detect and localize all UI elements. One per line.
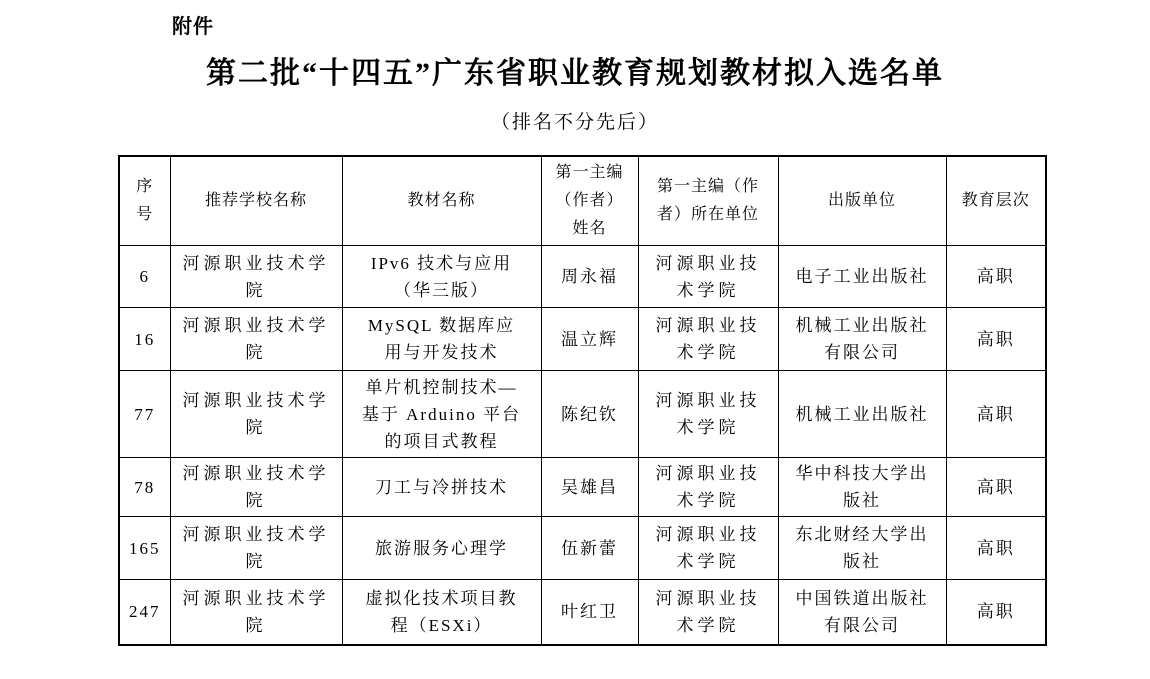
cell-first-editor-org: 河源职业技 术学院 xyxy=(638,517,778,580)
cell-book-title: MySQL 数据库应 用与开发技术 xyxy=(342,308,541,371)
cell-seq: 77 xyxy=(119,371,170,458)
header-seq: 序 号 xyxy=(119,156,170,246)
table-header-row: 序 号 推荐学校名称 教材名称 第一主编 （作者） 姓名 第一主编（作 者）所在… xyxy=(119,156,1046,246)
cell-publisher: 机械工业出版社 有限公司 xyxy=(778,308,946,371)
cell-education-level: 高职 xyxy=(946,580,1046,645)
table-row: 16 河源职业技术学 院 MySQL 数据库应 用与开发技术 温立辉 河源职业技… xyxy=(119,308,1046,371)
cell-school: 河源职业技术学 院 xyxy=(170,580,342,645)
cell-education-level: 高职 xyxy=(946,517,1046,580)
cell-first-editor-name: 伍新蕾 xyxy=(541,517,638,580)
table-row: 165 河源职业技术学 院 旅游服务心理学 伍新蕾 河源职业技 术学院 东北财经… xyxy=(119,517,1046,580)
cell-seq: 165 xyxy=(119,517,170,580)
cell-school: 河源职业技术学 院 xyxy=(170,308,342,371)
cell-education-level: 高职 xyxy=(946,458,1046,517)
cell-publisher: 机械工业出版社 xyxy=(778,371,946,458)
table-row: 6 河源职业技术学 院 IPv6 技术与应用 （华三版） 周永福 河源职业技 术… xyxy=(119,246,1046,308)
cell-book-title: 单片机控制技术— 基于 Arduino 平台 的项目式教程 xyxy=(342,371,541,458)
header-school: 推荐学校名称 xyxy=(170,156,342,246)
cell-school: 河源职业技术学 院 xyxy=(170,246,342,308)
cell-seq: 247 xyxy=(119,580,170,645)
cell-first-editor-org: 河源职业技 术学院 xyxy=(638,458,778,517)
header-publisher: 出版单位 xyxy=(778,156,946,246)
cell-seq: 78 xyxy=(119,458,170,517)
cell-book-title: 刀工与冷拼技术 xyxy=(342,458,541,517)
page-title: 第二批“十四五”广东省职业教育规划教材拟入选名单 xyxy=(0,48,1150,92)
cell-school: 河源职业技术学 院 xyxy=(170,458,342,517)
table-row: 77 河源职业技术学 院 单片机控制技术— 基于 Arduino 平台 的项目式… xyxy=(119,371,1046,458)
cell-book-title: 旅游服务心理学 xyxy=(342,517,541,580)
cell-first-editor-name: 吴雄昌 xyxy=(541,458,638,517)
cell-publisher: 东北财经大学出 版社 xyxy=(778,517,946,580)
cell-first-editor-name: 温立辉 xyxy=(541,308,638,371)
cell-first-editor-org: 河源职业技 术学院 xyxy=(638,308,778,371)
header-book-title: 教材名称 xyxy=(342,156,541,246)
cell-book-title: IPv6 技术与应用 （华三版） xyxy=(342,246,541,308)
cell-seq: 16 xyxy=(119,308,170,371)
header-first-editor-name: 第一主编 （作者） 姓名 xyxy=(541,156,638,246)
cell-first-editor-org: 河源职业技 术学院 xyxy=(638,371,778,458)
cell-seq: 6 xyxy=(119,246,170,308)
header-first-editor-org: 第一主编（作 者）所在单位 xyxy=(638,156,778,246)
cell-book-title: 虚拟化技术项目教 程（ESXi） xyxy=(342,580,541,645)
cell-first-editor-org: 河源职业技 术学院 xyxy=(638,246,778,308)
cell-school: 河源职业技术学 院 xyxy=(170,371,342,458)
cell-publisher: 电子工业出版社 xyxy=(778,246,946,308)
cell-education-level: 高职 xyxy=(946,246,1046,308)
cell-publisher: 中国铁道出版社 有限公司 xyxy=(778,580,946,645)
cell-first-editor-name: 周永福 xyxy=(541,246,638,308)
table-row: 78 河源职业技术学 院 刀工与冷拼技术 吴雄昌 河源职业技 术学院 华中科技大… xyxy=(119,458,1046,517)
page-subtitle: （排名不分先后） xyxy=(0,107,1150,134)
cell-first-editor-name: 叶红卫 xyxy=(541,580,638,645)
cell-education-level: 高职 xyxy=(946,308,1046,371)
cell-education-level: 高职 xyxy=(946,371,1046,458)
attachment-label: 附件 xyxy=(172,10,214,39)
cell-first-editor-name: 陈纪钦 xyxy=(541,371,638,458)
header-education-level: 教育层次 xyxy=(946,156,1046,246)
cell-school: 河源职业技术学 院 xyxy=(170,517,342,580)
textbook-list-table: 序 号 推荐学校名称 教材名称 第一主编 （作者） 姓名 第一主编（作 者）所在… xyxy=(118,155,1047,646)
table-row: 247 河源职业技术学 院 虚拟化技术项目教 程（ESXi） 叶红卫 河源职业技… xyxy=(119,580,1046,645)
cell-publisher: 华中科技大学出 版社 xyxy=(778,458,946,517)
cell-first-editor-org: 河源职业技 术学院 xyxy=(638,580,778,645)
